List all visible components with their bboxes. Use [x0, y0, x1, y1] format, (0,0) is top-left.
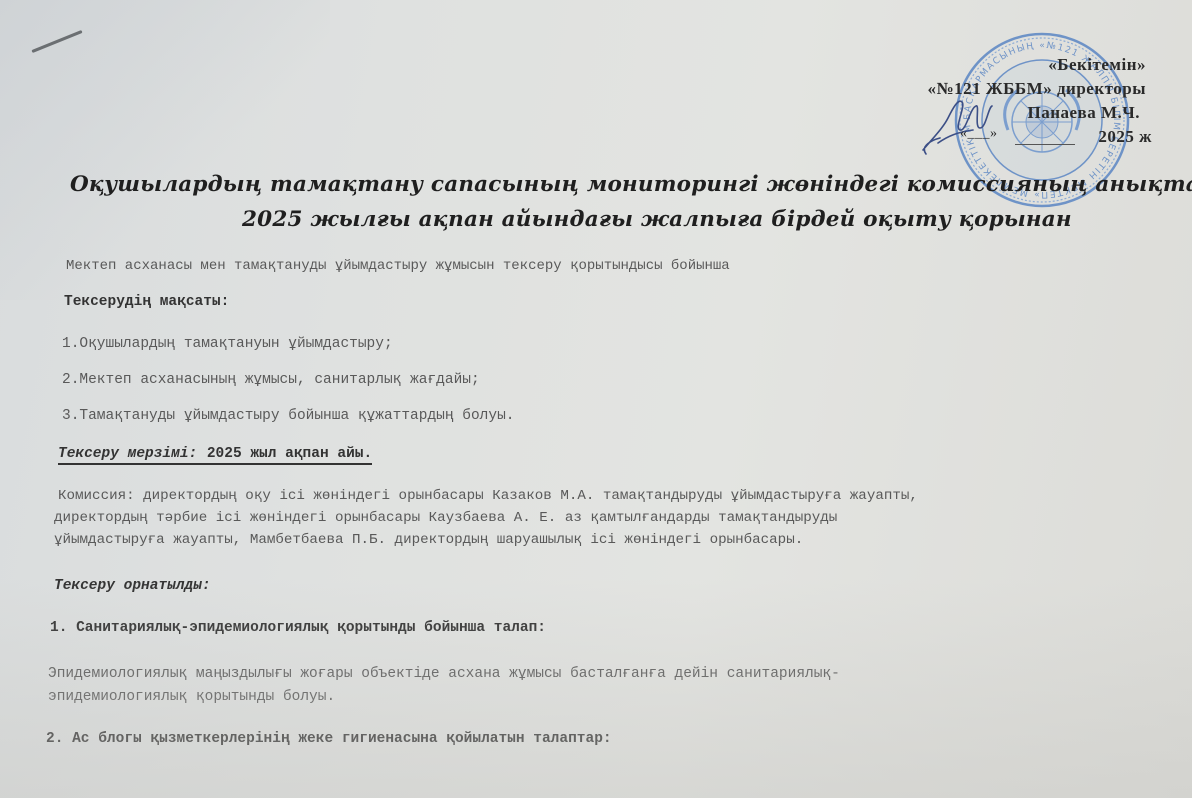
findings-heading: Тексеру орнатылды:: [54, 578, 211, 594]
approval-date-blank: «___»: [960, 126, 998, 142]
section-heading-sanitary: 1. Санитариялық-эпидемиологиялық қорытын…: [50, 620, 546, 636]
approval-line-director: «№121 ЖББМ» директоры: [928, 79, 1146, 99]
approval-date-line: [1015, 144, 1075, 145]
intro-text: Мектеп асханасы мен тамақтануды ұйымдаст…: [66, 258, 730, 274]
document-title-line2: 2025 жылғы ақпан айындағы жалпыға бірдей…: [242, 207, 1072, 232]
section-heading-hygiene: 2. Ас блогы қызметкерлерінің жеке гигиен…: [46, 731, 612, 747]
period-label: Тексеру мерзімі:: [58, 446, 197, 462]
document-title-line1: Оқушылардың тамақтану сапасының монитори…: [70, 172, 1192, 197]
approval-line-approve: «Бекітемін»: [1048, 55, 1146, 75]
goal-item: 1.Оқушылардың тамақтануын ұйымдастыру;: [62, 336, 393, 352]
approval-line-name: Панаева М.Ч.: [1027, 103, 1140, 123]
goals-heading: Тексерудің мақсаты:: [64, 294, 229, 310]
section-body-sanitary-line2: эпидемиологиялық қорытынды болуы.: [48, 689, 335, 705]
commission-line1: Комиссия: директордың оқу ісі жөніндегі …: [58, 488, 918, 504]
approval-date-year: 2025 ж: [1098, 127, 1152, 147]
goal-item: 2.Мектеп асханасының жұмысы, санитарлық …: [62, 372, 480, 388]
period-value: 2025 жыл ақпан айы.: [207, 446, 372, 462]
section-body-sanitary-line1: Эпидемиологиялық маңыздылығы жоғары объе…: [48, 666, 840, 682]
paper-shadow-bottom: [0, 578, 1192, 798]
commission-line3: ұйымдастыруға жауапты, Мамбетбаева П.Б. …: [54, 532, 803, 548]
goal-item: 3.Тамақтануды ұйымдастыру бойынша құжатт…: [62, 408, 514, 424]
pencil-mark: [31, 30, 82, 53]
commission-line2: директордың тәрбие ісі жөніндегі орынбас…: [54, 510, 837, 526]
inspection-period: Тексеру мерзімі: 2025 жыл ақпан айы.: [58, 444, 372, 465]
